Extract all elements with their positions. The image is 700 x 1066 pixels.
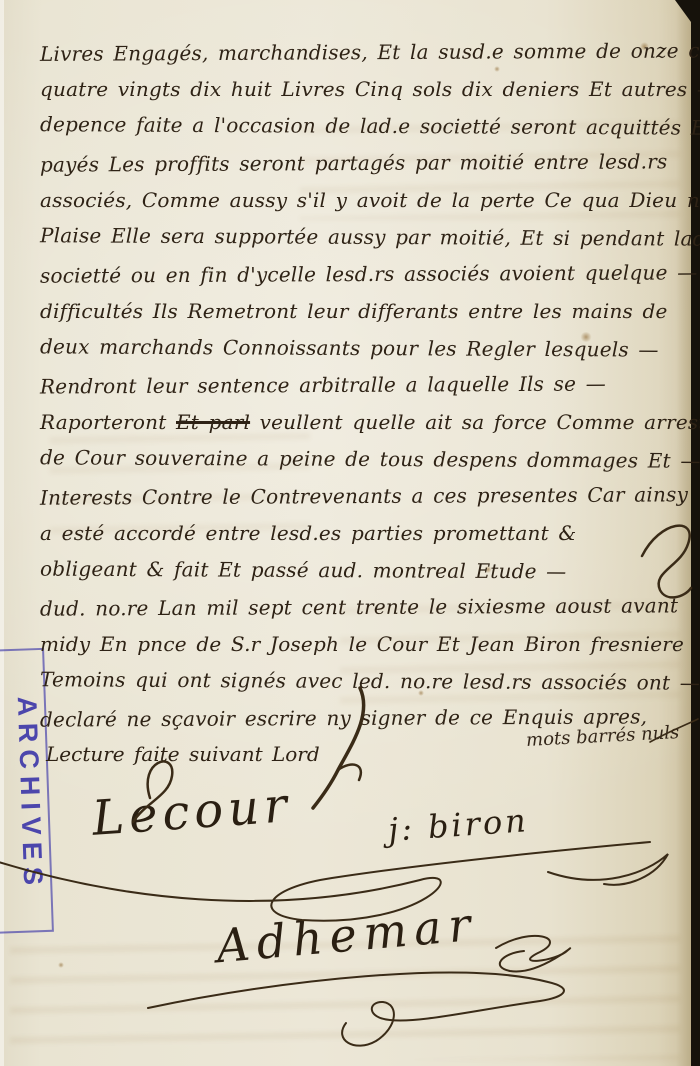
manuscript-line: Plaise Elle sera supportée aussy par moi… (40, 223, 700, 251)
page-edge-shadow (691, 0, 700, 1066)
manuscript-line: midy En pnce de S.r Joseph le Cour Et Je… (40, 632, 684, 656)
foxing-spot (494, 66, 500, 72)
manuscript-line: payés Les proffits seront partagés par m… (40, 149, 668, 176)
line-pre-text: Raporteront (40, 410, 176, 434)
manuscript-line: depence faite a l'occasion de lad.e soci… (40, 112, 700, 140)
manuscript-line: deux marchands Connoissants pour les Reg… (40, 334, 659, 361)
manuscript-line: dud. no.re Lan mil sept cent trente le s… (40, 593, 678, 620)
manuscript-line: de Cour souveraine a peine de tous despe… (40, 445, 700, 472)
manuscript-line: societté ou en fin d'ycelle lesd.rs asso… (40, 260, 697, 287)
manuscript-line: difficultés Ils Remetront leur differant… (40, 299, 668, 323)
closing-formula: Lecture faite suivant Lord (46, 742, 320, 766)
manuscript-line: Interests Contre le Contrevenants a ces … (40, 482, 688, 509)
manuscript-line: Livres Engagés, marchandises, Et la susd… (40, 38, 700, 66)
archives-stamp-subtitle: Du District (0, 656, 3, 932)
signature-biron: j: biron (387, 801, 530, 849)
line-post-text: veullent quelle ait sa force Comme arres… (250, 410, 700, 434)
manuscript-line-with-strikeout: Raporteront Et parl veullent quelle ait … (40, 410, 700, 434)
manuscript-line: obligeant & fait Et passé aud. montreal … (40, 557, 567, 584)
signature-adhemar: Adhemar (214, 897, 479, 974)
foxing-spot (58, 962, 64, 968)
signature-lecour: Lecour (90, 777, 293, 847)
manuscript-line: a esté accordé entre lesd.es parties pro… (40, 521, 576, 545)
manuscript-page: ARCHIVES Du District Livres Engagés, mar… (0, 0, 700, 1066)
page-edge-shading (676, 0, 692, 1066)
manuscript-line: Rendront leur sentence arbitralle a laqu… (40, 372, 606, 399)
manuscript-line: quatre vingts dix huit Livres Cinq sols … (40, 77, 700, 101)
strikethrough-word: Et parl (176, 410, 250, 434)
manuscript-line: Temoins qui ont signés avec led. no.re l… (40, 667, 700, 694)
manuscript-line: associés, Comme aussy s'il y avoit de la… (40, 188, 700, 212)
